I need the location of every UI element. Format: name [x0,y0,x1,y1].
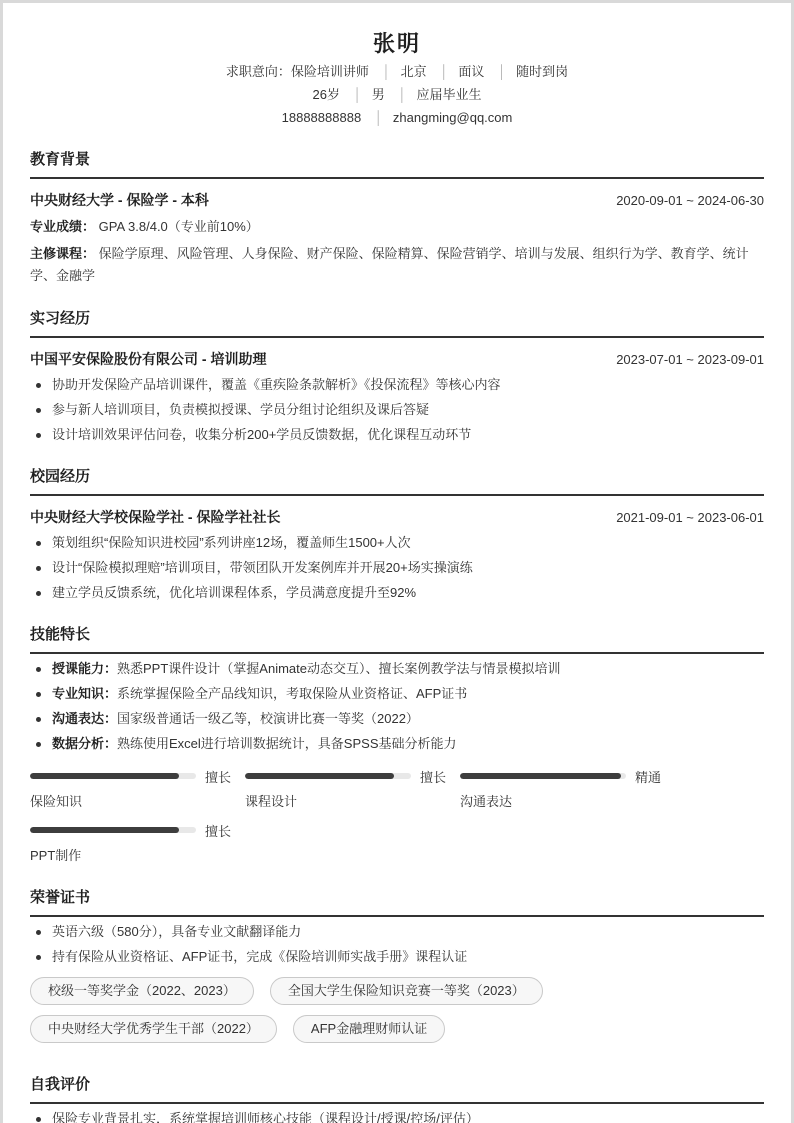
skill-bar-line: 擅长 [30,820,229,840]
skill-level-label: 擅长 [205,821,231,840]
section-heading-skills: 技能特长 [30,625,764,654]
skill-bullet-text: 系统掌握保险全产品线知识，考取保险从业资格证、AFP证书 [117,686,467,701]
skill-name-label: 保险知识 [30,792,229,812]
skill-bar-row: 擅长 保险知识 擅长 课程设计 精通 沟通表达 [30,766,764,812]
education-courses-text: 保险学原理、风险管理、人身保险、财产保险、保险精算、保险营销学、培训与发展、组织… [30,246,749,283]
skill-level-label: 擅长 [420,767,446,786]
skill-bullet-text: 熟练使用Excel进行培训数据统计，具备SPSS基础分析能力 [117,736,456,751]
honors-bullet: 英语六级（580分），具备专业文献翻译能力 [30,922,764,942]
internship-bullet: 参与新人培训项目，负责模拟授课、学员分组讨论组织及课后答疑 [30,400,764,420]
skill-level-label: 精通 [635,767,661,786]
section-heading-honors: 荣誉证书 [30,888,764,917]
job-intent-position: 保险培训讲师 [291,64,369,79]
separator: │ [354,87,362,102]
skill-bar-row: 擅长 PPT制作 [30,820,764,866]
education-courses-label: 主修课程： [30,246,95,261]
education-gpa-row: 专业成绩： GPA 3.8/4.0（专业前10%） [30,216,764,238]
skill-bar-track [460,773,626,779]
skill-bar-track [30,773,196,779]
section-campus: 校园经历 中央财经大学校保险学社 - 保险学社社长 2021-09-01 ~ 2… [30,467,764,603]
internship-bullet: 设计培训效果评估问卷，收集分析200+学员反馈数据，优化课程互动环节 [30,425,764,445]
skill-name-label: 课程设计 [245,792,444,812]
skill-bullet-label: 专业知识： [52,686,117,701]
honors-bullet: 持有保险从业资格证、AFP证书，完成《保险培训师实战手册》课程认证 [30,947,764,967]
skill-bullet-label: 沟通表达： [52,711,117,726]
section-education: 教育背景 中央财经大学 - 保险学 - 本科 2020-09-01 ~ 2024… [30,150,764,287]
honor-tag: AFP金融理财师认证 [293,1015,445,1043]
education-entry-head: 中央财经大学 - 保险学 - 本科 2020-09-01 ~ 2024-06-3… [30,190,764,211]
skill-bullet: 数据分析：熟练使用Excel进行培训数据统计，具备SPSS基础分析能力 [30,734,764,754]
education-entry-title: 中央财经大学 - 保险学 - 本科 [30,190,209,210]
skill-bar-fill [460,773,621,779]
skill-bar-line: 精通 [460,766,659,786]
skill-bullet-label: 数据分析： [52,736,117,751]
job-intent-city: 北京 [401,64,427,79]
section-heading-campus: 校园经历 [30,467,764,496]
self-evaluation-bullet: 保险专业背景扎实，系统掌握培训师核心技能（课程设计/授课/控场/评估） [30,1109,764,1123]
skill-name-label: 沟通表达 [460,792,659,812]
section-honors: 荣誉证书 英语六级（580分），具备专业文献翻译能力 持有保险从业资格证、AFP… [30,888,764,1053]
skill-bar-line: 擅长 [30,766,229,786]
skill-bullet: 专业知识：系统掌握保险全产品线知识，考取保险从业资格证、AFP证书 [30,684,764,704]
education-gpa-text: GPA 3.8/4.0（专业前10%） [99,219,259,234]
skill-bar-track [30,827,196,833]
campus-bullet: 建立学员反馈系统，优化培训课程体系，学员满意度提升至92% [30,583,764,603]
skill-bar-course-design: 擅长 课程设计 [245,766,444,812]
profile-age: 26岁 [313,87,340,102]
skill-bar-communication: 精通 沟通表达 [460,766,659,812]
skill-bar-fill [30,773,179,779]
internship-bullet: 协助开发保险产品培训课件，覆盖《重疾险条款解析》《投保流程》等核心内容 [30,375,764,395]
resume-header: 张明 求职意向：保险培训讲师 │北京 │面议 │随时到岗 26岁 │男 │应届毕… [30,29,764,128]
job-intent-availability: 随时到岗 [516,64,568,79]
education-entry-date: 2020-09-01 ~ 2024-06-30 [616,191,764,211]
profile-line: 26岁 │男 │应届毕业生 [30,85,764,105]
skill-name-label: PPT制作 [30,846,229,866]
profile-status: 应届毕业生 [416,87,481,102]
section-heading-self-evaluation: 自我评价 [30,1075,764,1104]
separator: │ [498,64,506,79]
separator: │ [382,64,390,79]
internship-entry-head: 中国平安保险股份有限公司 - 培训助理 2023-07-01 ~ 2023-09… [30,349,764,370]
skill-bullet-label: 授课能力： [52,661,117,676]
honors-tag-list: 校级一等奖学金（2022、2023） 全国大学生保险知识竞赛一等奖（2023） … [30,977,764,1053]
honor-tag: 中央财经大学优秀学生干部（2022） [30,1015,277,1043]
job-intent-label: 求职意向： [226,64,291,79]
campus-entry-head: 中央财经大学校保险学社 - 保险学社社长 2021-09-01 ~ 2023-0… [30,507,764,528]
skill-bullet: 授课能力：熟悉PPT课件设计（掌握Animate动态交互）、擅长案例教学法与情景… [30,659,764,679]
campus-entry-date: 2021-09-01 ~ 2023-06-01 [616,508,764,528]
honor-tag: 全国大学生保险知识竞赛一等奖（2023） [270,977,543,1005]
skill-bullet-text: 熟悉PPT课件设计（掌握Animate动态交互）、擅长案例教学法与情景模拟培训 [117,661,560,676]
skill-bar-track [245,773,411,779]
section-heading-education: 教育背景 [30,150,764,179]
skill-bar-fill [30,827,179,833]
honor-tag: 校级一等奖学金（2022、2023） [30,977,254,1005]
campus-bullet: 设计“保险模拟理赔”培训项目，带领团队开发案例库并开展20+场实操演练 [30,558,764,578]
skill-level-label: 擅长 [205,767,231,786]
section-skills: 技能特长 授课能力：熟悉PPT课件设计（掌握Animate动态交互）、擅长案例教… [30,625,764,866]
resume-page: 张明 求职意向：保险培训讲师 │北京 │面议 │随时到岗 26岁 │男 │应届毕… [3,3,791,1123]
campus-bullet: 策划组织“保险知识进校园”系列讲座12场，覆盖师生1500+人次 [30,533,764,553]
skill-bullet-text: 国家级普通话一级乙等，校演讲比赛一等奖（2022） [117,711,419,726]
job-intent-line: 求职意向：保险培训讲师 │北京 │面议 │随时到岗 [30,62,764,82]
email-address: zhangming@qq.com [393,110,512,125]
separator: │ [440,64,448,79]
separator: │ [398,87,406,102]
skill-bar-insurance: 擅长 保险知识 [30,766,229,812]
campus-entry-title: 中央财经大学校保险学社 - 保险学社社长 [30,507,280,527]
section-heading-internship: 实习经历 [30,309,764,338]
internship-entry-title: 中国平安保险股份有限公司 - 培训助理 [30,349,266,369]
job-intent-salary: 面议 [458,64,484,79]
contact-line: 18888888888 │zhangming@qq.com [30,108,764,128]
candidate-name: 张明 [30,29,764,59]
separator: │ [375,110,383,125]
skill-bar-ppt: 擅长 PPT制作 [30,820,229,866]
section-internship: 实习经历 中国平安保险股份有限公司 - 培训助理 2023-07-01 ~ 20… [30,309,764,445]
education-courses-row: 主修课程： 保险学原理、风险管理、人身保险、财产保险、保险精算、保险营销学、培训… [30,243,764,287]
skill-bars: 擅长 保险知识 擅长 课程设计 精通 沟通表达 [30,766,764,866]
internship-entry-date: 2023-07-01 ~ 2023-09-01 [616,350,764,370]
phone-number: 18888888888 [282,110,362,125]
skill-bar-line: 擅长 [245,766,444,786]
education-gpa-label: 专业成绩： [30,219,95,234]
skill-bar-fill [245,773,394,779]
section-self-evaluation: 自我评价 保险专业背景扎实，系统掌握培训师核心技能（课程设计/授课/控场/评估） [30,1075,764,1123]
skill-bullet: 沟通表达：国家级普通话一级乙等，校演讲比赛一等奖（2022） [30,709,764,729]
profile-gender: 男 [372,87,385,102]
